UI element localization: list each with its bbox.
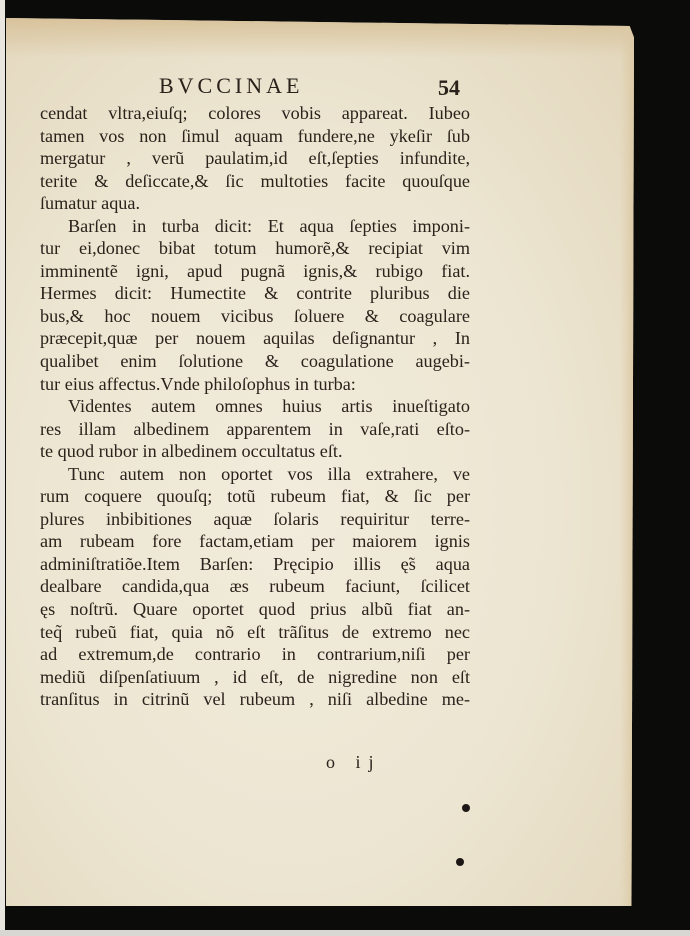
text-line: Hermes dicit: Humectite & contrite pluri…: [40, 282, 470, 305]
text-line: Barſen in turba dicit: Et aqua ſepties i…: [40, 215, 470, 238]
text-line: am rubeam fore factam,etiam per maiorem …: [40, 530, 470, 553]
text-line: mediũ diſpenſatiuum , id eſt, de nigredi…: [40, 666, 470, 689]
text-line: Tunc autem non oportet vos illa extraher…: [40, 463, 470, 486]
text-line: teq̃ rubeũ fiat, quia nõ eſt trãſitus de…: [40, 621, 470, 644]
ink-dot: [456, 858, 464, 866]
ink-dot: [462, 804, 470, 812]
text-line: ęs noſtrũ. Quare oportet quod prius albũ…: [40, 598, 470, 621]
text-line: adminiſtratiõe.Item Barſen: Pręcipio ill…: [40, 553, 470, 576]
scan-bottom-margin-strip: [0, 930, 690, 936]
text-line: te quod rubor in albedinem occultatus eſ…: [40, 440, 470, 463]
text-line: ſumatur aqua.: [40, 192, 470, 215]
text-line: imminentẽ igni, apud pugnã ignis,& rubig…: [40, 260, 470, 283]
text-line: ad extremum,de contrario in contrarium,n…: [40, 643, 470, 666]
text-line: plures inbibitiones aquæ ſolaris requiri…: [40, 508, 470, 531]
page-header: BVCCINAE 54: [6, 73, 634, 103]
text-line: qualibet enim ſolutione & coagulatione a…: [40, 350, 470, 373]
text-line: tamen vos non ſimul aquam fundere,ne yke…: [40, 125, 470, 148]
page-number: 54: [438, 75, 460, 101]
text-line: Videntes autem omnes huius artis inueſti…: [40, 395, 470, 418]
signature-mark: o ij: [326, 752, 382, 773]
text-line: rum coquere quouſq; totũ rubeum fiat, & …: [40, 485, 470, 508]
running-title: BVCCINAE: [159, 73, 303, 99]
text-line: cendat vltra,eiuſq; colores vobis appare…: [40, 102, 470, 125]
text-line: tur ei,donec bibat totum humorẽ,& recipi…: [40, 237, 470, 260]
text-line: res illam albedinem apparentem in vaſe,r…: [40, 418, 470, 441]
book-page: BVCCINAE 54 cendat vltra,eiuſq; colores …: [6, 18, 634, 906]
scan-left-margin-strip: [0, 0, 5, 936]
text-line: bus,& hoc nouem vicibus ſoluere & coagul…: [40, 305, 470, 328]
text-line: mergatur , verũ paulatim,id eſt,ſepties …: [40, 147, 470, 170]
text-line: tranſitus in citrinũ vel rubeum , niſi a…: [40, 688, 470, 711]
text-line: præcepit,quæ per nouem aquilas deſignant…: [40, 327, 470, 350]
body-text: cendat vltra,eiuſq; colores vobis appare…: [40, 102, 470, 711]
text-line: tur eius affectus.Vnde philoſophus in tu…: [40, 373, 470, 396]
text-line: terite & deſiccate,& ſic multoties facit…: [40, 170, 470, 193]
text-line: dealbare candida,qua æs rubeum faciunt, …: [40, 575, 470, 598]
